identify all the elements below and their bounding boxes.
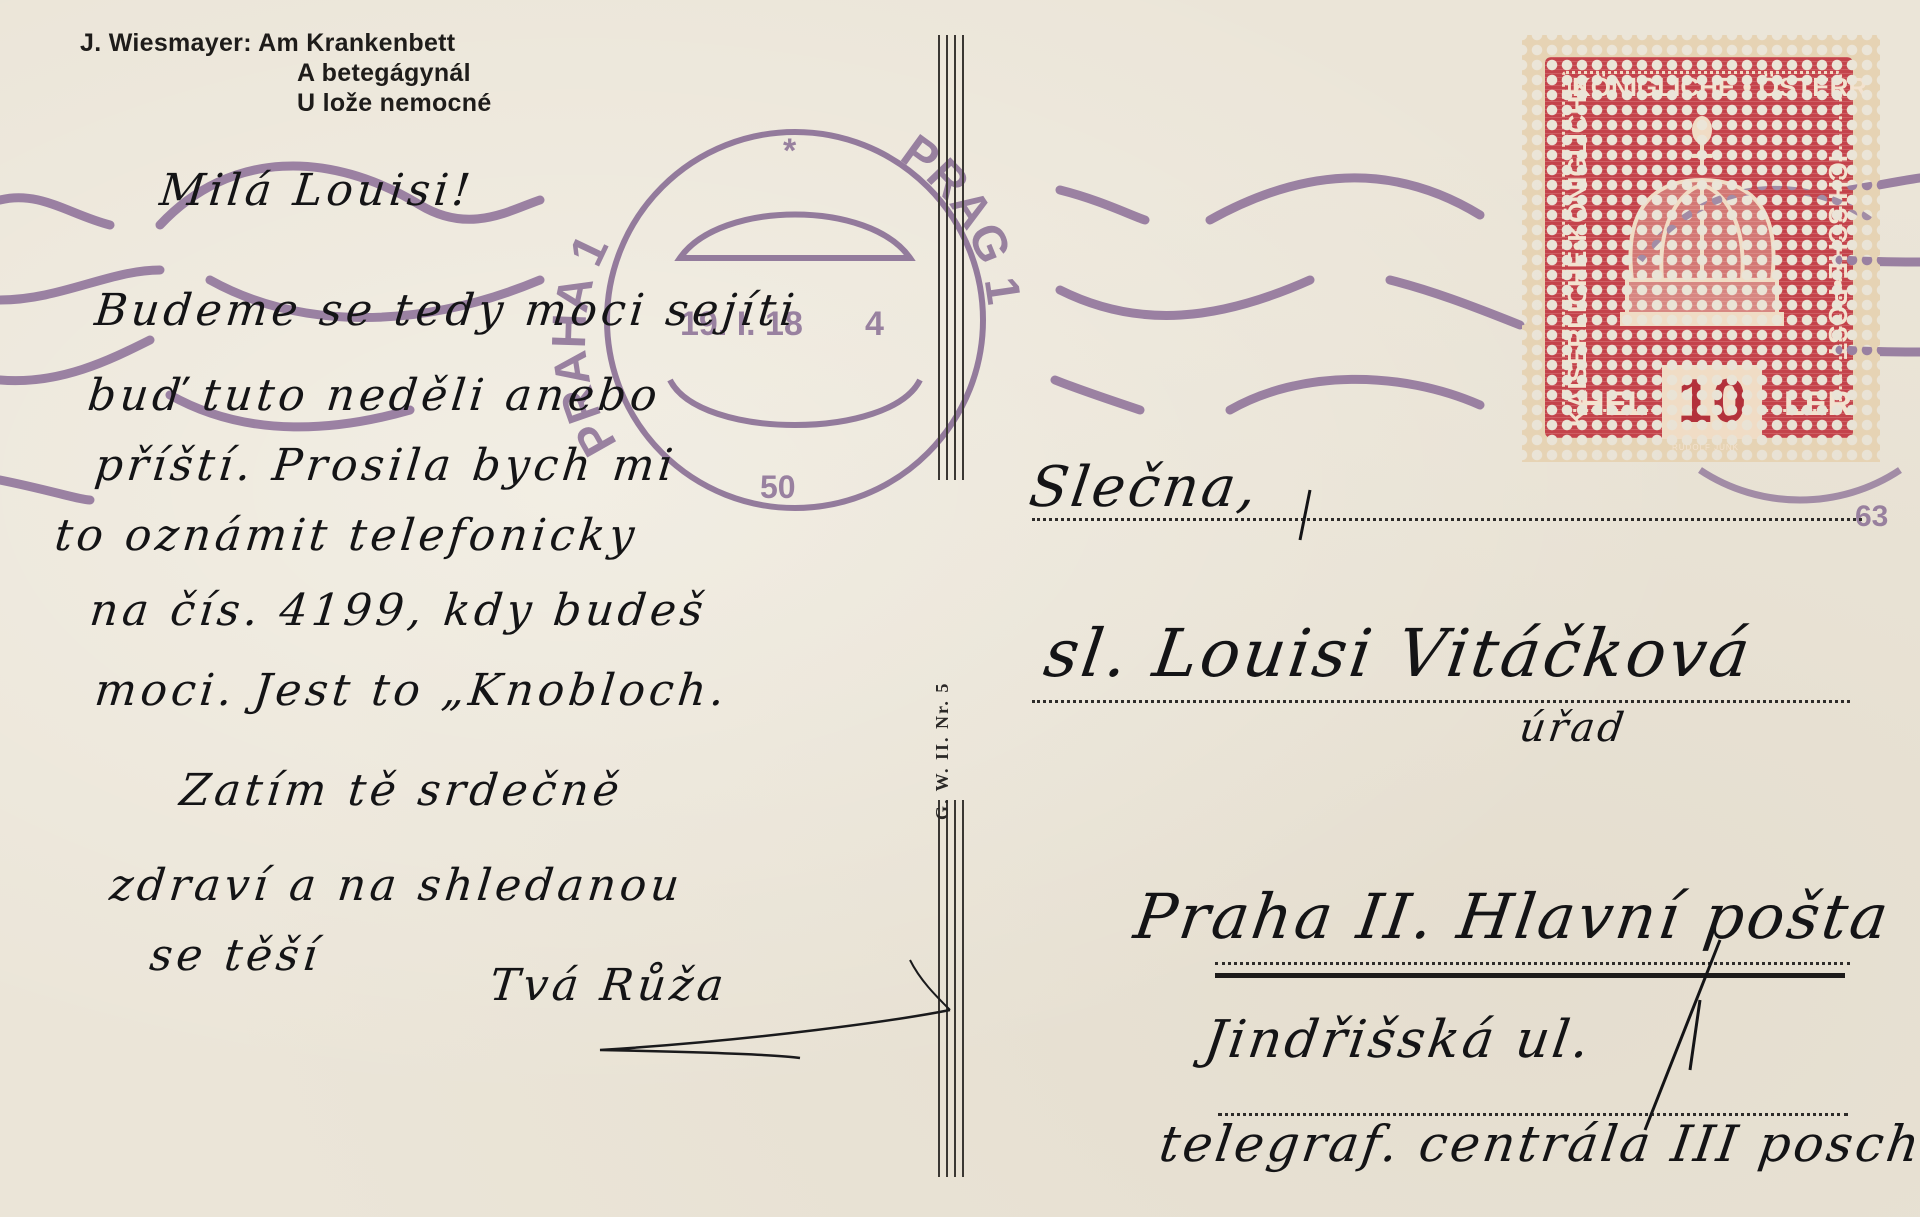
address-slashes [0,0,1920,1217]
postcard-back: * 19. I. 18 4 50 63 PRAHA 1 PRAG 1 J. Wi… [0,0,1920,1217]
